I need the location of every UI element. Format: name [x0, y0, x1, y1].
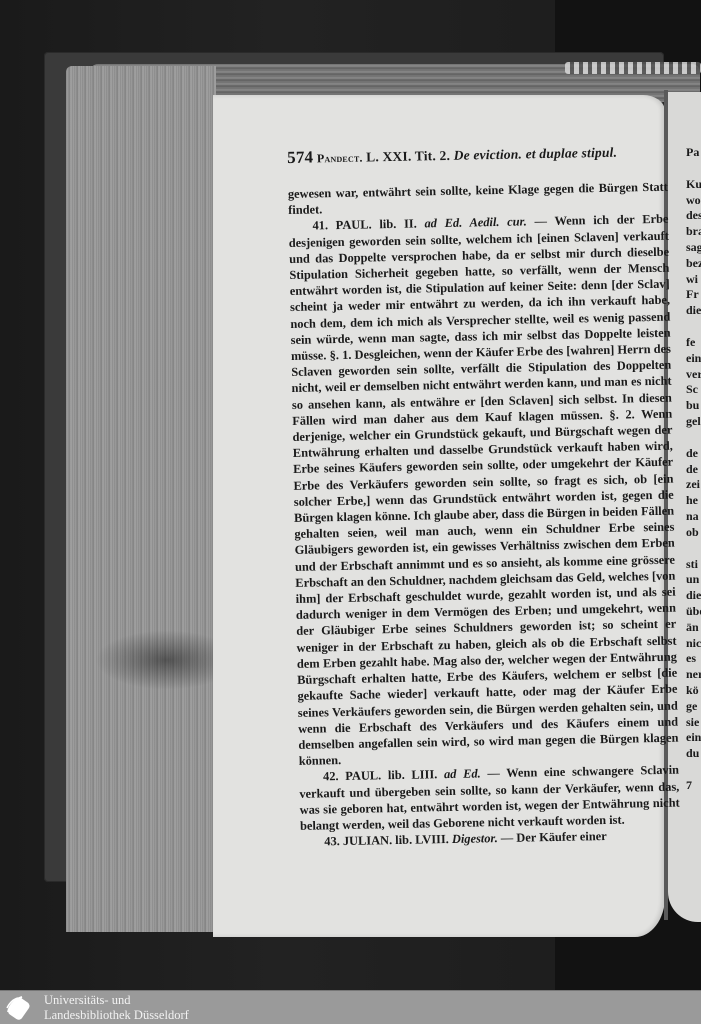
title-number: Tit. 2.: [415, 148, 451, 164]
facing-page-line: ner: [686, 667, 701, 683]
facing-page-line: übe: [686, 604, 701, 620]
facing-page-line: bra: [686, 224, 701, 240]
fragment-head: 43. JULIAN. lib. LVIII.: [324, 832, 449, 848]
facing-page-line: de: [686, 446, 701, 462]
facing-page-gap: [686, 319, 701, 335]
facing-page-line: sie: [686, 715, 701, 731]
fragment-source: Digestor.: [452, 831, 498, 846]
facing-page-line: wi: [686, 272, 701, 288]
facing-page-line: es: [686, 651, 701, 667]
facing-page-line: na: [686, 509, 701, 525]
facing-page-line: zei: [686, 477, 701, 493]
fragment-text: — Der Käufer einer: [501, 829, 607, 845]
facing-page-line: ein: [686, 351, 701, 367]
facing-page-line: Fr: [686, 287, 701, 303]
facing-page-line: kö: [686, 683, 701, 699]
facing-page-line: nic: [686, 636, 701, 652]
facing-page-line: Sc: [686, 382, 701, 398]
collection-name: Pandect.: [317, 151, 363, 166]
paragraph-41: 41. PAUL. lib. II. ad Ed. Aedil. cur. — …: [288, 211, 679, 769]
book-headband: [565, 62, 701, 74]
page-edges-left: [66, 66, 216, 932]
facing-page-line: des: [686, 208, 701, 224]
facing-page-gap: [686, 161, 701, 177]
fragment-head: 41. PAUL. lib. II.: [312, 217, 417, 233]
facing-page-gap: [686, 430, 701, 446]
book-number: L. XXI.: [366, 149, 412, 165]
fragment-source: ad Ed. Aedil. cur.: [424, 215, 527, 231]
paragraph-42: 42. PAUL. lib. LIII. ad Ed. — Wenn eine …: [299, 762, 680, 834]
facing-page-line: fe: [686, 335, 701, 351]
facing-page-line: un: [686, 572, 701, 588]
footer-institution: Universitäts- und Landesbibliothek Düsse…: [44, 993, 189, 1023]
facing-page-line: ver: [686, 367, 701, 383]
facing-page-line: de: [686, 462, 701, 478]
facing-page-line: Pa: [686, 145, 701, 161]
page-text-block: 574 Pandect. L. XXI. Tit. 2. De eviction…: [287, 141, 680, 850]
facing-page-line: wo: [686, 193, 701, 209]
footer-line-2: Landesbibliothek Düsseldorf: [44, 1008, 189, 1023]
library-book-logo-icon: [4, 994, 32, 1022]
facing-page-gap: [686, 541, 701, 557]
fragment-text: — Wenn ich der Erbe desjenigen geworden …: [289, 212, 679, 768]
facing-page-line: ob: [686, 525, 701, 541]
facing-page-line: die: [686, 303, 701, 319]
facing-page-line: bez: [686, 256, 701, 272]
footer-line-1: Universitäts- und: [44, 993, 189, 1008]
facing-page-gap: [686, 762, 701, 778]
facing-page-line: sag: [686, 240, 701, 256]
facing-page-line: sti: [686, 557, 701, 573]
fragment-head: 42. PAUL. lib. LIII.: [323, 768, 437, 784]
facing-page-line: die: [686, 588, 701, 604]
facing-page-line: ein: [686, 730, 701, 746]
fragment-source: ad Ed.: [444, 767, 481, 782]
facing-page-line: he: [686, 493, 701, 509]
facing-page-line: än: [686, 620, 701, 636]
facing-page-line: ge: [686, 699, 701, 715]
facing-page-line: gel: [686, 414, 701, 430]
facing-page-line: Ku: [686, 177, 701, 193]
facing-page-line: bu: [686, 398, 701, 414]
facing-page-line: du: [686, 746, 701, 762]
footer-bar: Universitäts- und Landesbibliothek Düsse…: [0, 990, 701, 1024]
edge-stain: [95, 630, 215, 690]
facing-page-fragments: PaKuwodesbrasagbezwiFrdiefeeinverScbugel…: [686, 145, 701, 794]
page-number: 574: [287, 147, 313, 166]
body-text: gewesen war, entwährt sein sollte, keine…: [288, 179, 681, 851]
title-name: De eviction. et duplae stipul.: [454, 145, 618, 163]
facing-page-line: 7: [686, 778, 701, 794]
